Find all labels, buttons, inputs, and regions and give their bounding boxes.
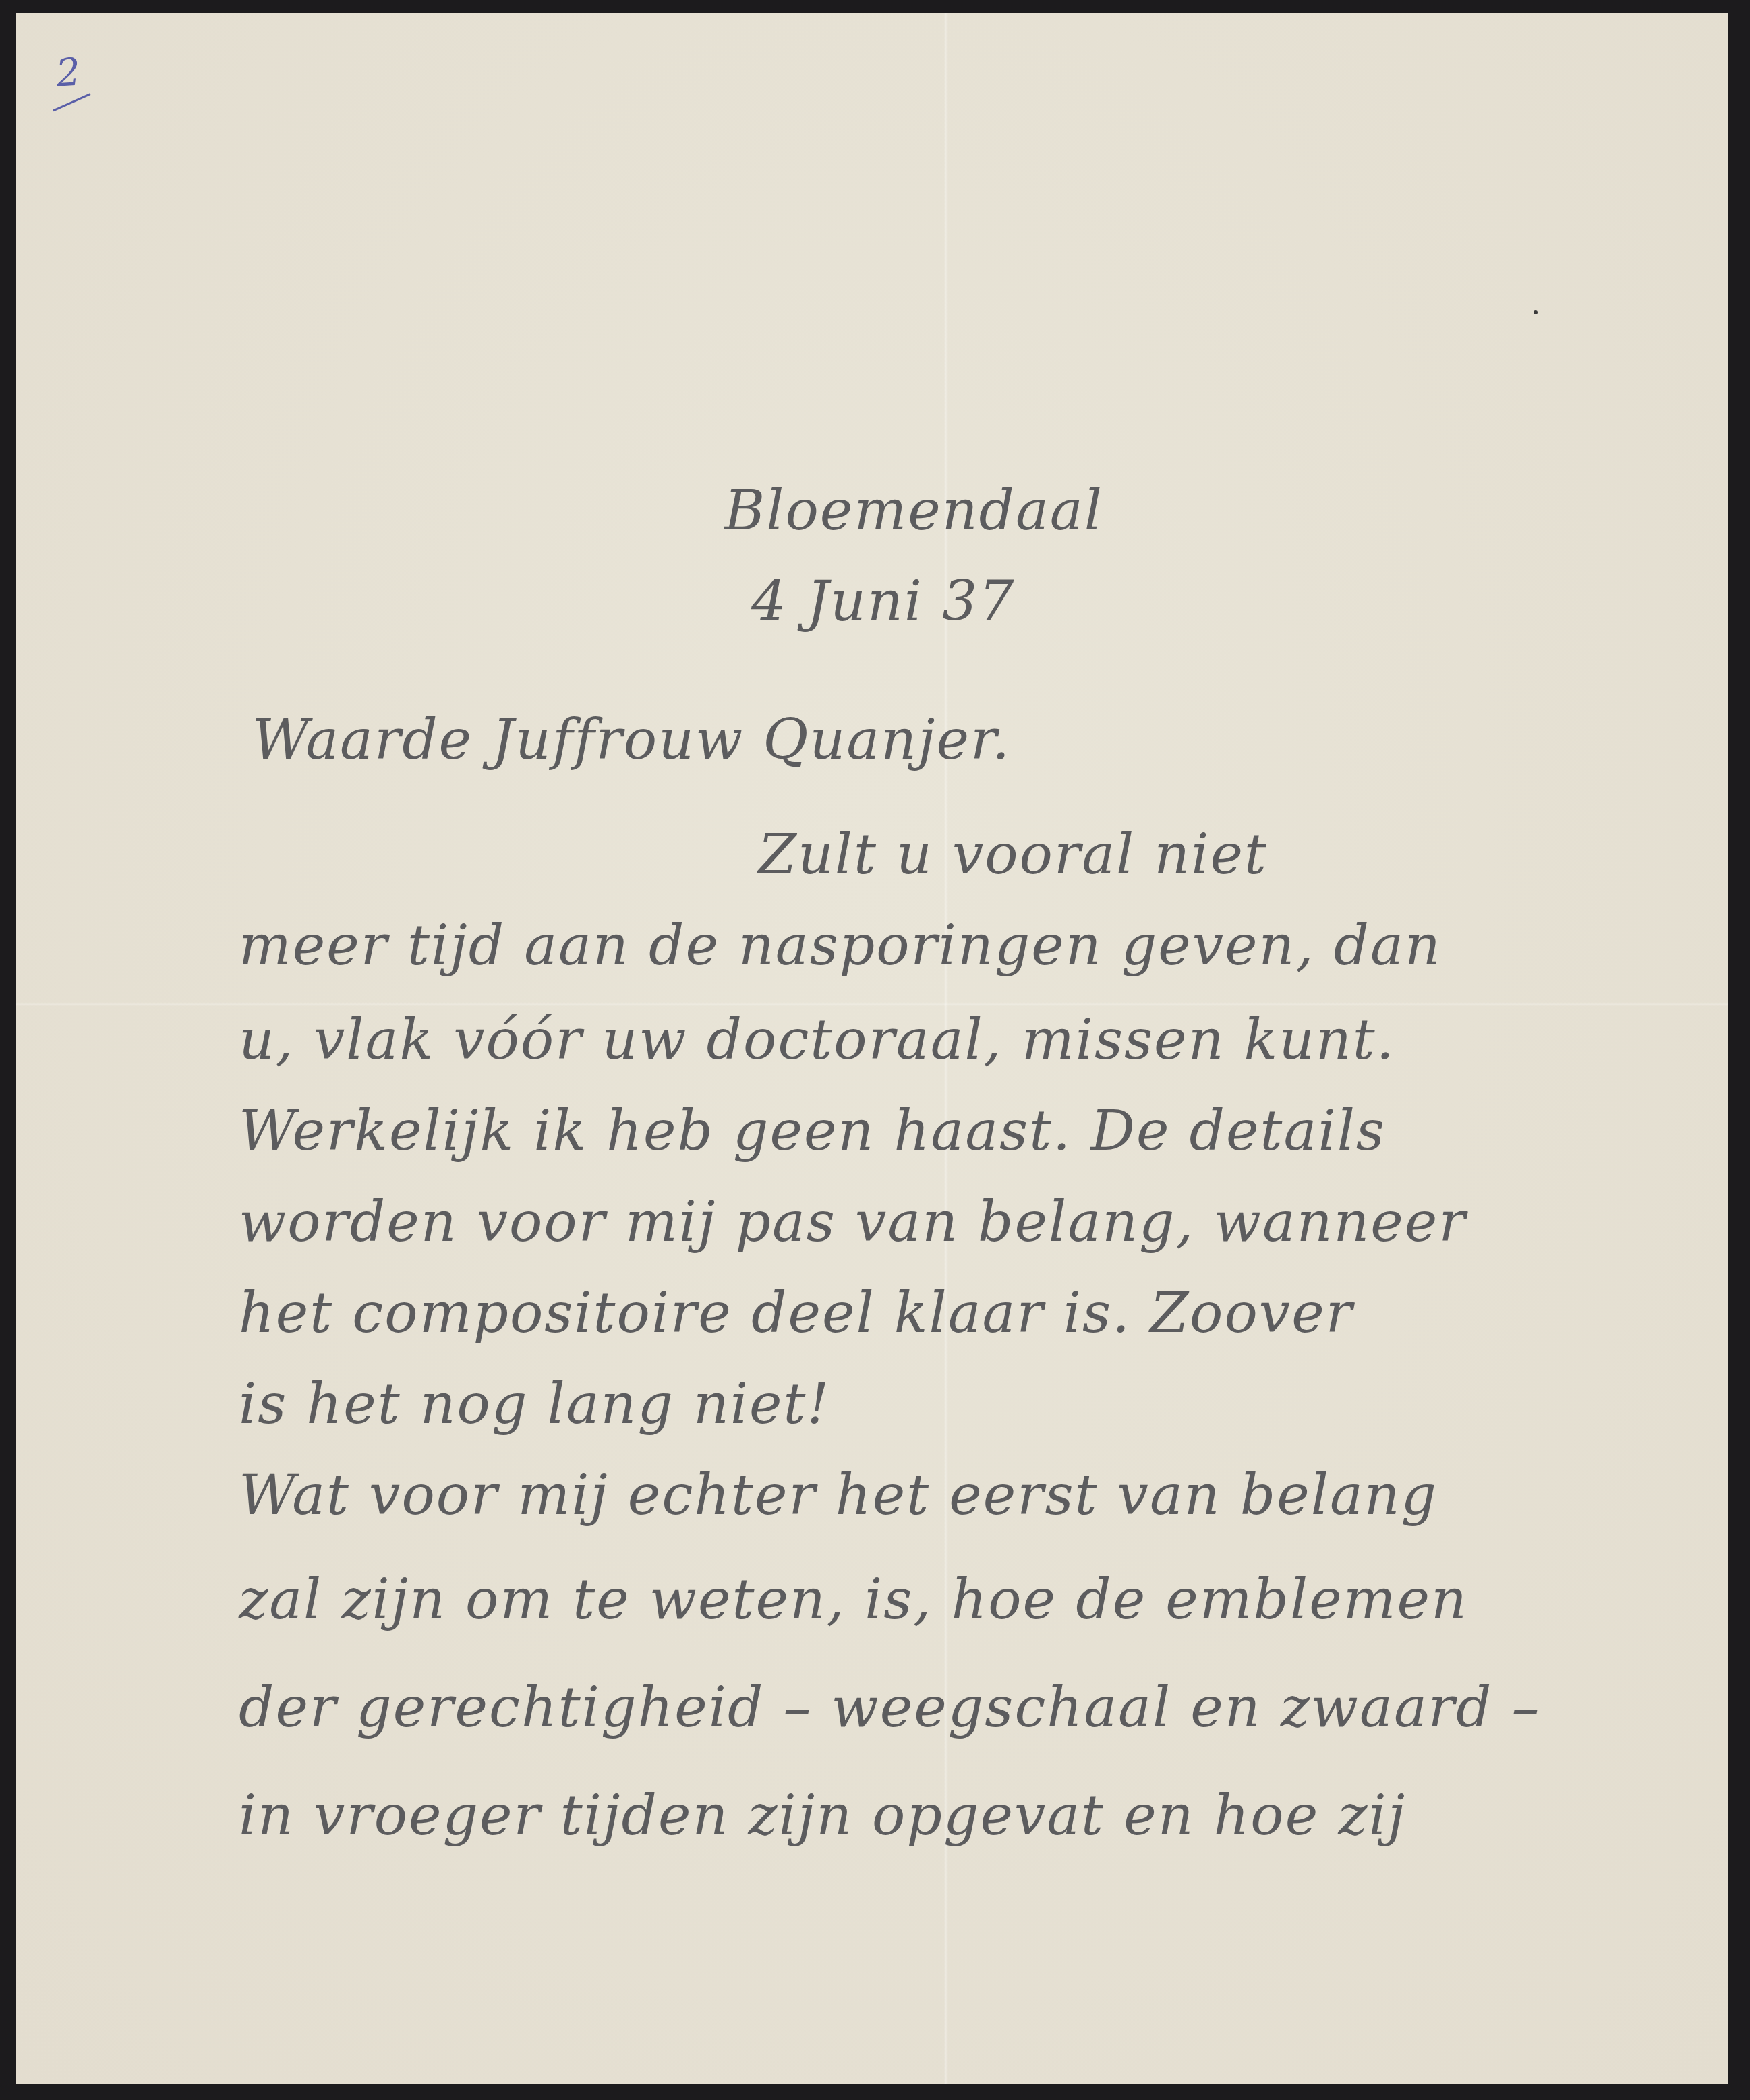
body-line: is het nog lang niet! — [239, 1372, 830, 1436]
body-line: Werkelijk ik heb geen haast. De details — [239, 1099, 1386, 1163]
body-line: zal zijn om te weten, is, hoe de embleme… — [239, 1568, 1468, 1632]
letter-date: 4 Juni 37 — [751, 570, 1015, 634]
body-line: Zult u vooral niet — [758, 823, 1268, 887]
page-number-text: 2 — [55, 50, 82, 95]
body-line: worden voor mij pas van belang, wanneer — [239, 1190, 1467, 1254]
page-number-underline — [53, 93, 90, 111]
paper-speck — [1534, 310, 1538, 314]
body-line: meer tijd aan de nasporingen geven, dan — [239, 914, 1442, 978]
body-line: der gerechtigheid – weegschaal en zwaard… — [239, 1676, 1541, 1740]
body-line: in vroeger tijden zijn opgevat en hoe zi… — [239, 1784, 1406, 1848]
letter-salutation: Waarde Juffrouw Quanjer. — [252, 708, 1011, 772]
body-line: Wat voor mij echter het eerst van belang — [239, 1463, 1438, 1527]
body-line: het compositoire deel klaar is. Zoover — [239, 1281, 1353, 1345]
body-line: u, vlak vóór uw doctoraal, missen kunt. — [239, 1008, 1395, 1072]
letter-page: 2 Bloemendaal 4 Juni 37 Waarde Juffrouw … — [16, 13, 1728, 2084]
letter-place: Bloemendaal — [724, 479, 1103, 543]
page-number-annotation: 2 — [55, 53, 92, 104]
